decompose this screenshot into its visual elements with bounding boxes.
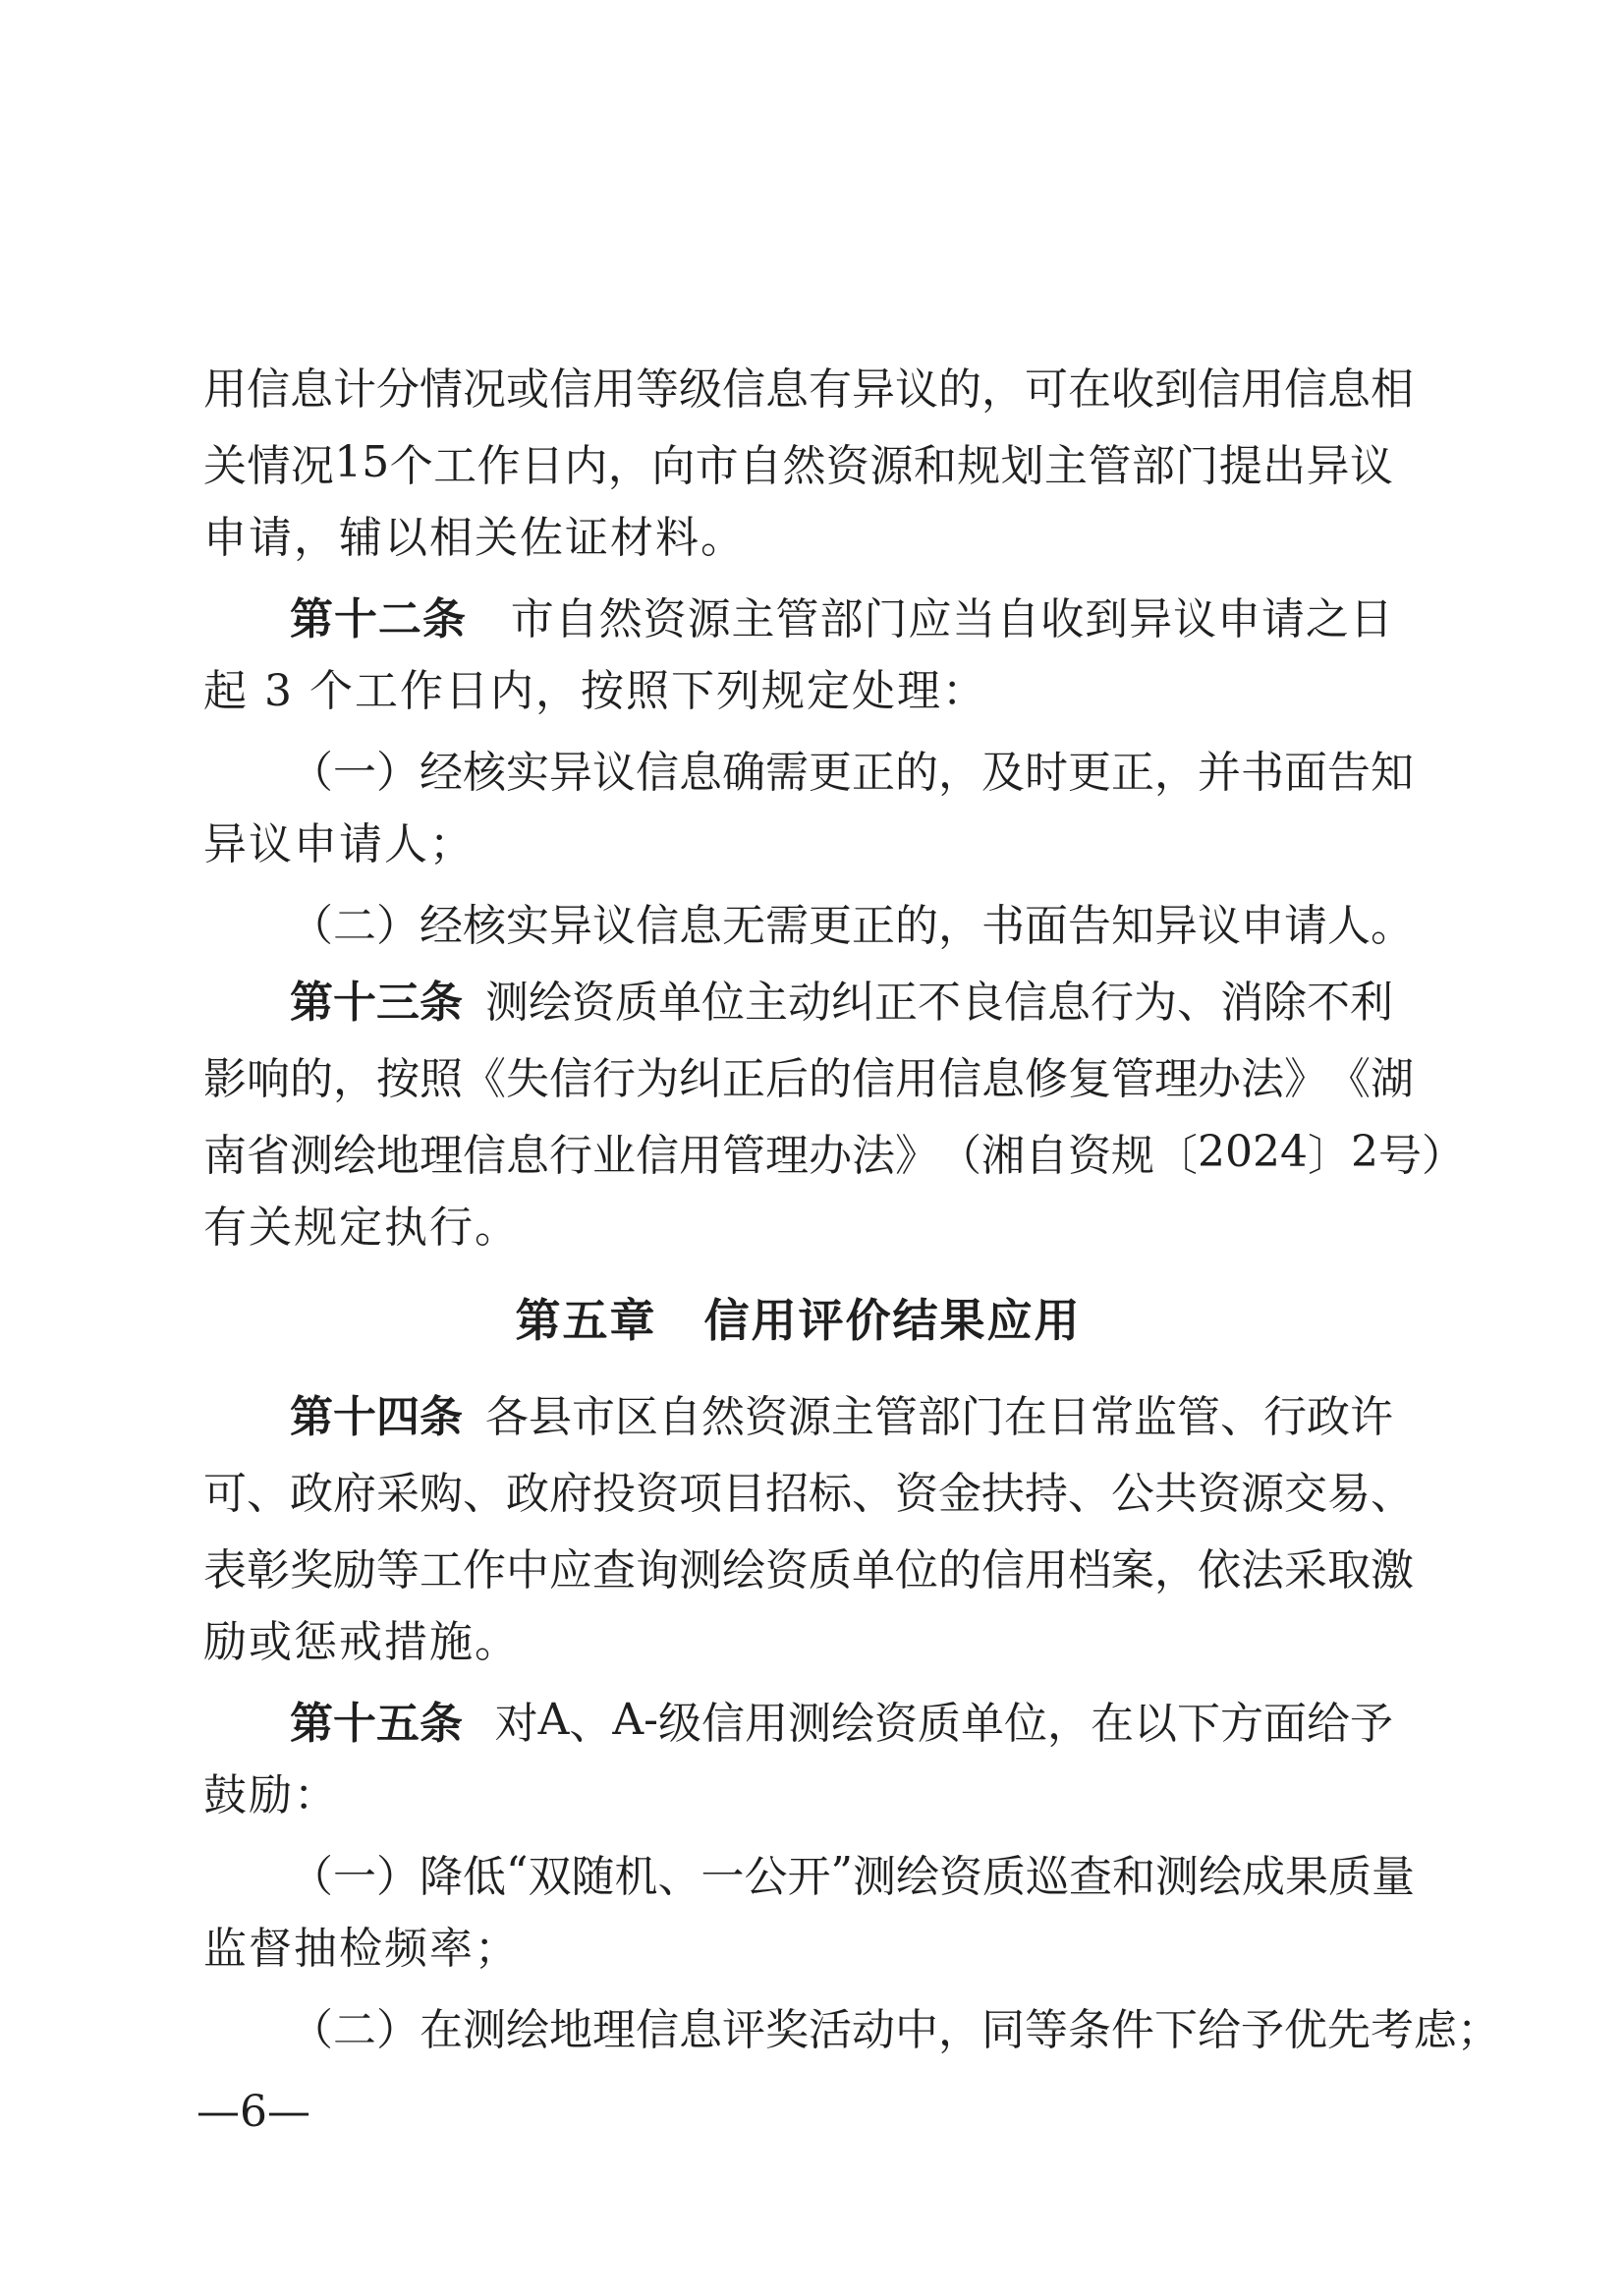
glyph: 理 bbox=[1154, 1043, 1198, 1106]
glyph: 主 bbox=[831, 1381, 874, 1444]
glyph: 在 bbox=[1004, 1381, 1047, 1444]
glyph: 市 bbox=[572, 1381, 615, 1444]
glyph: 表 bbox=[203, 1535, 247, 1597]
glyph: 实 bbox=[506, 737, 549, 800]
glyph: 议 bbox=[592, 737, 636, 800]
glyph: 一 bbox=[333, 1841, 376, 1904]
glyph: ） bbox=[376, 737, 420, 800]
glyph: 监 bbox=[1134, 1381, 1177, 1444]
text-line: 南省测绘地理信息行业信用管理办法》（湘自资规〔2024〕2号） bbox=[203, 1113, 1393, 1190]
glyph: 面 bbox=[1284, 737, 1327, 800]
glyph: 资 bbox=[644, 584, 687, 646]
glyph: 行 bbox=[549, 1120, 592, 1183]
glyph: 和 bbox=[1112, 1841, 1155, 1904]
glyph: 实 bbox=[506, 890, 549, 953]
glyph: 作 bbox=[463, 1535, 506, 1597]
glyph: 量 bbox=[1372, 1841, 1415, 1904]
text-line: 监督抽检频率； bbox=[203, 1911, 1393, 1987]
glyph: 二 bbox=[333, 1994, 376, 2057]
glyph: ， bbox=[333, 1043, 376, 1106]
glyph: 对 bbox=[495, 1688, 538, 1751]
glyph: 告 bbox=[1068, 890, 1111, 953]
glyph: 资 bbox=[895, 1458, 938, 1521]
glyph: 、 bbox=[1177, 967, 1220, 1030]
glyph: 经 bbox=[420, 737, 463, 800]
glyph: 规 bbox=[1111, 1120, 1154, 1183]
glyph: 信 bbox=[722, 354, 765, 417]
glyph: 信 bbox=[1284, 354, 1327, 417]
glyph: 《 bbox=[463, 1043, 506, 1106]
glyph: 一 bbox=[701, 1841, 745, 1904]
text-line: 用信息计分情况或信用等级信息有异议的，可在收到信用信息相 bbox=[203, 347, 1393, 423]
glyph: 日 bbox=[1350, 584, 1393, 646]
glyph: 质 bbox=[809, 1535, 852, 1597]
glyph: 《 bbox=[1327, 1043, 1371, 1106]
glyph: 招 bbox=[765, 1458, 809, 1521]
glyph: 门 bbox=[961, 1381, 1004, 1444]
glyph: 项 bbox=[679, 1458, 722, 1521]
glyph: 议 bbox=[895, 354, 938, 417]
glyph: 书 bbox=[981, 890, 1025, 953]
text-line: 第十三条测绘资质单位主动纠正不良信息行为、消除不利 bbox=[290, 960, 1393, 1036]
glyph: 》 bbox=[895, 1120, 938, 1183]
glyph: 2024 bbox=[1198, 1127, 1308, 1177]
glyph: 五 bbox=[376, 1688, 420, 1751]
glyph: 的 bbox=[809, 1043, 852, 1106]
glyph: 用 bbox=[592, 354, 636, 417]
glyph: 予 bbox=[1241, 1994, 1284, 2057]
glyph: A- bbox=[612, 1695, 658, 1745]
glyph: 复 bbox=[1068, 1043, 1111, 1106]
glyph: 测 bbox=[485, 967, 529, 1030]
glyph: 用 bbox=[895, 1043, 938, 1106]
glyph: 单 bbox=[658, 967, 701, 1030]
glyph: 考 bbox=[1371, 1994, 1414, 2057]
glyph: 测 bbox=[463, 1994, 506, 2057]
glyph: ， bbox=[981, 354, 1025, 417]
glyph: 异 bbox=[1307, 430, 1350, 493]
glyph: 政 bbox=[506, 1458, 549, 1521]
glyph: ） bbox=[1422, 1120, 1465, 1183]
glyph: （ bbox=[938, 1120, 981, 1183]
glyph: 的 bbox=[895, 890, 938, 953]
glyph: 信 bbox=[1004, 967, 1047, 1030]
glyph: 单 bbox=[852, 1535, 895, 1597]
glyph: 绘 bbox=[333, 1120, 376, 1183]
glyph: 源 bbox=[788, 1381, 831, 1444]
glyph: 条 bbox=[420, 1381, 463, 1444]
glyph: 的 bbox=[938, 1535, 981, 1597]
glyph: 同 bbox=[981, 1994, 1025, 2057]
glyph: 情 bbox=[420, 354, 463, 417]
glyph: 核 bbox=[463, 890, 506, 953]
glyph: 工 bbox=[420, 1535, 463, 1597]
text-segment: 有关规定执行。 bbox=[203, 1203, 520, 1253]
glyph: 给 bbox=[1307, 1688, 1350, 1751]
glyph: 需 bbox=[765, 737, 809, 800]
glyph: 面 bbox=[1025, 890, 1068, 953]
document-body: 用信息计分情况或信用等级信息有异议的，可在收到信用信息相关情况15个工作日内，向… bbox=[203, 347, 1393, 2064]
glyph: ， bbox=[608, 430, 651, 493]
glyph: 下 bbox=[1154, 1994, 1198, 2057]
glyph: 可 bbox=[1025, 354, 1068, 417]
glyph: ， bbox=[1154, 737, 1198, 800]
glyph: 提 bbox=[1219, 430, 1262, 493]
glyph: 公 bbox=[1111, 1458, 1154, 1521]
glyph: 有 bbox=[809, 354, 852, 417]
glyph: 申 bbox=[1241, 890, 1284, 953]
glyph: 更 bbox=[809, 737, 852, 800]
glyph: 管 bbox=[1088, 430, 1131, 493]
glyph: 十 bbox=[334, 584, 377, 646]
glyph: 件 bbox=[1111, 1994, 1154, 2057]
glyph: 虑 bbox=[1414, 1994, 1457, 2057]
glyph: 收 bbox=[1040, 584, 1084, 646]
glyph: 地 bbox=[549, 1994, 592, 2057]
glyph: ， bbox=[938, 1994, 981, 2057]
glyph: 行 bbox=[592, 1043, 636, 1106]
glyph: 信 bbox=[463, 1120, 506, 1183]
glyph: 、 bbox=[1068, 1458, 1111, 1521]
glyph: 源 bbox=[1241, 1458, 1284, 1521]
glyph: 管 bbox=[1177, 1381, 1220, 1444]
glyph: 到 bbox=[1085, 584, 1128, 646]
glyph: 二 bbox=[333, 890, 376, 953]
glyph: 用 bbox=[1241, 354, 1284, 417]
glyph: 各 bbox=[485, 1381, 529, 1444]
glyph: 经 bbox=[420, 890, 463, 953]
glyph: 绘 bbox=[722, 1535, 765, 1597]
glyph: （ bbox=[290, 737, 333, 800]
glyph: 部 bbox=[1132, 430, 1175, 493]
glyph: 知 bbox=[1371, 737, 1414, 800]
glyph: 的 bbox=[290, 1043, 333, 1106]
glyph: 第 bbox=[290, 1688, 333, 1751]
glyph: 等 bbox=[376, 1535, 420, 1597]
glyph: 息 bbox=[506, 1120, 549, 1183]
glyph: 办 bbox=[1198, 1043, 1241, 1106]
glyph: 市 bbox=[696, 430, 739, 493]
glyph: 后 bbox=[765, 1043, 809, 1106]
glyph: 为 bbox=[1134, 967, 1177, 1030]
glyph: 、 bbox=[1371, 1458, 1414, 1521]
glyph: 等 bbox=[1025, 1994, 1068, 2057]
glyph: 三 bbox=[376, 967, 420, 1030]
glyph: 条 bbox=[422, 584, 466, 646]
glyph: 成 bbox=[1242, 1841, 1285, 1904]
glyph: 信 bbox=[852, 1043, 895, 1106]
glyph: 在 bbox=[1091, 1688, 1134, 1751]
glyph: 先 bbox=[1327, 1994, 1371, 2057]
glyph: 更 bbox=[809, 890, 852, 953]
glyph: 正 bbox=[852, 737, 895, 800]
glyph: 测 bbox=[853, 1841, 896, 1904]
glyph: 绘 bbox=[529, 967, 572, 1030]
glyph: 市 bbox=[511, 584, 554, 646]
glyph: 确 bbox=[722, 737, 765, 800]
glyph: 彰 bbox=[247, 1535, 290, 1597]
glyph: 及 bbox=[981, 737, 1025, 800]
glyph: 息 bbox=[290, 354, 333, 417]
glyph: 应 bbox=[549, 1535, 592, 1597]
glyph: 级 bbox=[679, 354, 722, 417]
text-line: 关情况15个工作日内，向市自然资源和规划主管部门提出异议 bbox=[203, 423, 1393, 500]
glyph: 管 bbox=[1111, 1043, 1154, 1106]
text-line: 起 3 个工作日内，按照下列规定处理： bbox=[203, 653, 1393, 730]
glyph: 扶 bbox=[981, 1458, 1025, 1521]
glyph: 况 bbox=[291, 430, 334, 493]
glyph: （ bbox=[290, 1841, 333, 1904]
glyph: 档 bbox=[1068, 1535, 1111, 1597]
text-segment: 监督抽检频率； bbox=[203, 1924, 520, 1974]
glyph: 信 bbox=[636, 1994, 679, 2057]
page-number: —6— bbox=[196, 2089, 310, 2136]
glyph: 信 bbox=[247, 354, 290, 417]
glyph: 随 bbox=[572, 1841, 615, 1904]
glyph: 位 bbox=[1004, 1688, 1047, 1751]
glyph: 信 bbox=[549, 354, 592, 417]
glyph: 工 bbox=[433, 430, 476, 493]
glyph: 四 bbox=[376, 1381, 420, 1444]
glyph: 活 bbox=[809, 1994, 852, 2057]
glyph: ） bbox=[376, 1994, 420, 2057]
glyph: 级 bbox=[658, 1688, 701, 1751]
glyph: 收 bbox=[1111, 354, 1154, 417]
glyph: 案 bbox=[1111, 1535, 1154, 1597]
glyph: 资 bbox=[572, 967, 615, 1030]
glyph: 中 bbox=[506, 1535, 549, 1597]
glyph: 质 bbox=[982, 1841, 1026, 1904]
glyph: 计 bbox=[333, 354, 376, 417]
glyph: 况 bbox=[463, 354, 506, 417]
glyph: 议 bbox=[1350, 430, 1393, 493]
glyph: 正 bbox=[1111, 737, 1154, 800]
glyph: 日 bbox=[1047, 1381, 1091, 1444]
glyph: 无 bbox=[722, 890, 765, 953]
text-segment: 起 3 个工作日内，按照下列规定处理： bbox=[203, 666, 987, 716]
glyph: 双 bbox=[529, 1841, 572, 1904]
glyph: （ bbox=[290, 890, 333, 953]
glyph: 管 bbox=[722, 1120, 765, 1183]
glyph: 行 bbox=[1091, 967, 1134, 1030]
glyph: 门 bbox=[1175, 430, 1218, 493]
glyph: 更 bbox=[1068, 737, 1111, 800]
glyph: 依 bbox=[1198, 1535, 1241, 1597]
glyph: 许 bbox=[1350, 1381, 1393, 1444]
text-line: 第十二条市自然资源主管部门应当自收到异议申请之日 bbox=[290, 577, 1393, 653]
glyph: 绘 bbox=[1199, 1841, 1242, 1904]
glyph: 法 bbox=[1241, 1535, 1284, 1597]
glyph: 中 bbox=[895, 1994, 938, 2057]
glyph: ， bbox=[1154, 1535, 1198, 1597]
glyph: 激 bbox=[1371, 1535, 1414, 1597]
glyph: 理 bbox=[592, 1994, 636, 2057]
glyph: 采 bbox=[376, 1458, 420, 1521]
text-line: 有关规定执行。 bbox=[203, 1190, 1393, 1266]
glyph: 交 bbox=[1284, 1458, 1327, 1521]
glyph: 持 bbox=[1025, 1458, 1068, 1521]
glyph: 异 bbox=[1154, 890, 1198, 953]
text-line: （一）降低“双随机、一公开”测绘资质巡查和测绘成果质量 bbox=[290, 1834, 1393, 1911]
glyph: 出 bbox=[1262, 430, 1306, 493]
glyph: 、 bbox=[852, 1458, 895, 1521]
glyph: 息 bbox=[679, 890, 722, 953]
glyph: 第 bbox=[290, 967, 333, 1030]
glyph: 法 bbox=[1241, 1043, 1284, 1106]
chapter-heading: 第五章 信用评价结果应用 bbox=[203, 1282, 1393, 1359]
glyph: 评 bbox=[722, 1994, 765, 2057]
glyph: ； bbox=[1457, 1994, 1500, 2057]
glyph: 〕 bbox=[1308, 1120, 1351, 1183]
glyph: 省 bbox=[247, 1120, 290, 1183]
glyph: 为 bbox=[636, 1043, 679, 1106]
glyph: 标 bbox=[809, 1458, 852, 1521]
glyph: 测 bbox=[1155, 1841, 1199, 1904]
text-segment: 异议申请人； bbox=[203, 819, 475, 869]
glyph: 查 bbox=[1069, 1841, 1112, 1904]
glyph: 部 bbox=[918, 1381, 961, 1444]
glyph: 降 bbox=[420, 1841, 463, 1904]
glyph: 质 bbox=[918, 1688, 961, 1751]
glyph: 取 bbox=[1327, 1535, 1371, 1597]
ideographic-space bbox=[467, 615, 510, 616]
text-segment: 申请，辅以相关佐证材料。 bbox=[203, 513, 746, 563]
glyph: 测 bbox=[788, 1688, 831, 1751]
glyph: 十 bbox=[333, 1688, 376, 1751]
document-page: 用信息计分情况或信用等级信息有异议的，可在收到信用信息相关情况15个工作日内，向… bbox=[0, 0, 1624, 2295]
glyph: 书 bbox=[1241, 737, 1284, 800]
glyph: 区 bbox=[615, 1381, 658, 1444]
glyph: 第 bbox=[290, 584, 333, 646]
glyph: 低 bbox=[463, 1841, 506, 1904]
glyph: 异 bbox=[549, 737, 592, 800]
glyph: 议 bbox=[592, 890, 636, 953]
glyph: 目 bbox=[722, 1458, 765, 1521]
glyph: ， bbox=[938, 737, 981, 800]
glyph: 府 bbox=[333, 1458, 376, 1521]
glyph: 询 bbox=[636, 1535, 679, 1597]
glyph: （ bbox=[290, 1994, 333, 2057]
glyph: 人 bbox=[1327, 890, 1371, 953]
glyph: 地 bbox=[376, 1120, 420, 1183]
glyph: 然 bbox=[782, 430, 825, 493]
glyph: 或 bbox=[506, 354, 549, 417]
glyph: 信 bbox=[636, 890, 679, 953]
glyph: 机 bbox=[615, 1841, 658, 1904]
text-line: 第十五条对A、A-级信用测绘资质单位，在以下方面给予 bbox=[290, 1681, 1393, 1758]
glyph: 部 bbox=[819, 584, 863, 646]
glyph: 县 bbox=[529, 1381, 572, 1444]
glyph: 一 bbox=[333, 737, 376, 800]
glyph: 测 bbox=[679, 1535, 722, 1597]
glyph: 金 bbox=[938, 1458, 981, 1521]
glyph: 然 bbox=[701, 1381, 745, 1444]
glyph: 理 bbox=[420, 1120, 463, 1183]
glyph: 单 bbox=[961, 1688, 1004, 1751]
glyph: 查 bbox=[592, 1535, 636, 1597]
glyph: 良 bbox=[961, 967, 1004, 1030]
glyph: 〔 bbox=[1154, 1120, 1198, 1183]
glyph: 息 bbox=[765, 354, 809, 417]
glyph: 息 bbox=[1327, 354, 1371, 417]
glyph: ” bbox=[831, 1848, 854, 1898]
glyph: 面 bbox=[1263, 1688, 1307, 1751]
glyph: 在 bbox=[420, 1994, 463, 2057]
glyph: 二 bbox=[378, 584, 421, 646]
glyph: 纠 bbox=[831, 967, 874, 1030]
glyph: 源 bbox=[688, 584, 731, 646]
glyph: 优 bbox=[1284, 1994, 1327, 2057]
glyph: 申 bbox=[1217, 584, 1260, 646]
glyph: 条 bbox=[420, 1688, 463, 1751]
glyph: 失 bbox=[506, 1043, 549, 1106]
glyph: 政 bbox=[290, 1458, 333, 1521]
glyph: 开 bbox=[788, 1841, 831, 1904]
glyph: 除 bbox=[1263, 967, 1307, 1030]
glyph: 在 bbox=[1068, 354, 1111, 417]
text-line: 励或惩戒措施。 bbox=[203, 1604, 1393, 1681]
glyph: 动 bbox=[852, 1994, 895, 2057]
glyph: 十 bbox=[333, 1381, 376, 1444]
text-line: 异议申请人； bbox=[203, 807, 1393, 883]
glyph: 资 bbox=[826, 430, 869, 493]
glyph: 正 bbox=[722, 1043, 765, 1106]
glyph: 。 bbox=[1371, 890, 1414, 953]
glyph: 情 bbox=[247, 430, 290, 493]
glyph: 分 bbox=[376, 354, 420, 417]
glyph: 、 bbox=[463, 1458, 506, 1521]
glyph: 十 bbox=[333, 967, 376, 1030]
text-line: （一）经核实异议信息确需更正的，及时更正，并书面告知 bbox=[290, 730, 1393, 807]
glyph: 绘 bbox=[896, 1841, 939, 1904]
glyph: 15 bbox=[334, 437, 389, 487]
glyph: 核 bbox=[463, 737, 506, 800]
glyph: 管 bbox=[775, 584, 818, 646]
glyph: 修 bbox=[1025, 1043, 1068, 1106]
glyph: 纠 bbox=[679, 1043, 722, 1106]
text-line: 鼓励： bbox=[203, 1758, 1393, 1834]
glyph: 到 bbox=[1154, 354, 1198, 417]
glyph: 正 bbox=[852, 890, 895, 953]
glyph: 利 bbox=[1350, 967, 1393, 1030]
text-line: （二）在测绘地理信息评奖活动中，同等条件下给予优先考虑； bbox=[290, 1987, 1393, 2064]
glyph: ， bbox=[1047, 1688, 1091, 1751]
glyph: 内 bbox=[564, 430, 607, 493]
glyph: 正 bbox=[874, 967, 918, 1030]
text-line: 表彰奖励等工作中应查询测绘资质单位的信用档案，依法采取激 bbox=[203, 1528, 1393, 1604]
glyph: 予 bbox=[1350, 1688, 1393, 1751]
glyph: 按 bbox=[376, 1043, 420, 1106]
glyph: 相 bbox=[1371, 354, 1414, 417]
glyph: A bbox=[538, 1695, 570, 1745]
ideographic-space bbox=[463, 1719, 495, 1720]
glyph: 息 bbox=[1047, 967, 1091, 1030]
glyph: 常 bbox=[1091, 1381, 1134, 1444]
glyph: 响 bbox=[247, 1043, 290, 1106]
glyph: 消 bbox=[1220, 967, 1263, 1030]
glyph: ， bbox=[938, 890, 981, 953]
text-line: 申请，辅以相关佐证材料。 bbox=[203, 500, 1393, 577]
glyph: 位 bbox=[895, 1535, 938, 1597]
glyph: 公 bbox=[745, 1841, 788, 1904]
glyph: 2 bbox=[1351, 1127, 1378, 1177]
glyph: 的 bbox=[895, 737, 938, 800]
glyph: 资 bbox=[939, 1841, 982, 1904]
text-segment: 鼓励： bbox=[203, 1770, 339, 1820]
glyph: 下 bbox=[1177, 1688, 1220, 1751]
glyph: 用 bbox=[679, 1120, 722, 1183]
glyph: 和 bbox=[914, 430, 957, 493]
